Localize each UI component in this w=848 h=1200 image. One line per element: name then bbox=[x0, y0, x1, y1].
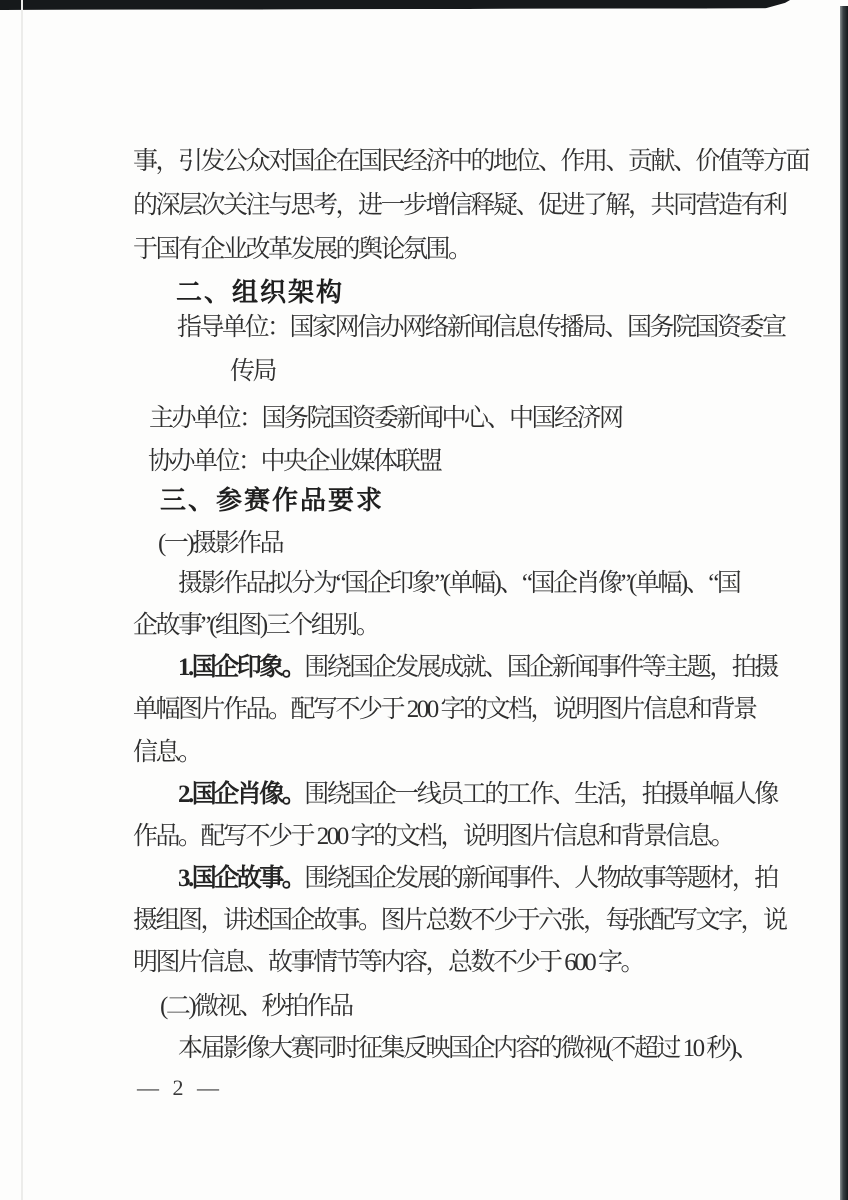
section3-heading: 三、参赛作品要求 bbox=[160, 485, 384, 516]
photo-item1-text: 围绕国企发展成就、国企新闻事件等主题，拍摄 bbox=[304, 654, 777, 681]
guide-unit-line-1: 指导单位：国家网信办网络新闻信息传播局、国务院国资委宣 bbox=[177, 312, 785, 343]
photo-item1-lead: 1.国企印象。 bbox=[178, 654, 304, 681]
photo-item3-line-3: 明图片信息、故事情节等内容，总数不少于 600 字。 bbox=[133, 947, 643, 978]
photo-intro-line-2: 企故事”(组图)三个组别。 bbox=[133, 610, 378, 641]
photo-item2-line-1: 2.国企肖像。围绕国企一线员工的工作、生活，拍摄单幅人像 bbox=[178, 779, 777, 810]
photo-item3-line-1: 3.国企故事。围绕国企发展的新闻事件、人物故事等题材，拍 bbox=[178, 863, 777, 894]
photo-intro-line-1: 摄影作品拟分为“国企印象”(单幅)、“国企肖像”(单幅)、“国 bbox=[178, 568, 739, 599]
photo-item1-line-1: 1.国企印象。围绕国企发展成就、国企新闻事件等主题，拍摄 bbox=[178, 652, 777, 683]
video-sub-heading: (二)微视、秒拍作品 bbox=[160, 991, 352, 1022]
photo-item1-line-2: 单幅图片作品。配写不少于 200 字的文档，说明图片信息和背景 bbox=[133, 694, 756, 725]
host-unit-line: 主办单位：国务院国资委新闻中心、中国经济网 bbox=[149, 403, 622, 434]
photo-item2-lead: 2.国企肖像。 bbox=[178, 781, 304, 808]
page-number: — 2 — bbox=[137, 1072, 223, 1103]
photo-item2-line-2: 作品。配写不少于 200 字的文档，说明图片信息和背景信息。 bbox=[133, 821, 733, 852]
scanned-document-page: 事，引发公众对国企在国民经济中的地位、作用、贡献、价值等方面 的深层次关注与思考… bbox=[0, 0, 848, 1200]
intro-line-2: 的深层次关注与思考，进一步增信释疑、促进了解，共同营造有利 bbox=[133, 190, 786, 221]
video-intro-line-1: 本届影像大赛同时征集反映国企内容的微视(不超过 10 秒)、 bbox=[178, 1033, 757, 1064]
guide-unit-line-2: 传局 bbox=[230, 356, 275, 387]
intro-line-3: 于国有企业改革发展的舆论氛围。 bbox=[133, 234, 471, 265]
section2-heading: 二、组织架构 bbox=[176, 277, 344, 308]
scan-edge-right-artifact bbox=[840, 6, 848, 1200]
photo-sub-heading: (一)摄影作品 bbox=[158, 528, 282, 559]
co-host-unit-line: 协办单位：中央企业媒体联盟 bbox=[148, 446, 441, 477]
photo-item3-lead: 3.国企故事。 bbox=[178, 865, 304, 892]
photo-item1-line-3: 信息。 bbox=[133, 737, 201, 768]
scan-edge-top-artifact bbox=[0, 0, 793, 10]
photo-item2-text: 围绕国企一线员工的工作、生活，拍摄单幅人像 bbox=[304, 781, 777, 808]
photo-item3-line-2: 摄组图，讲述国企故事。图片总数不少于六张，每张配写文字，说 bbox=[133, 905, 786, 936]
scan-fold-line bbox=[21, 0, 23, 1200]
photo-item3-text: 围绕国企发展的新闻事件、人物故事等题材，拍 bbox=[304, 865, 777, 892]
intro-line-1: 事，引发公众对国企在国民经济中的地位、作用、贡献、价值等方面 bbox=[133, 146, 808, 177]
